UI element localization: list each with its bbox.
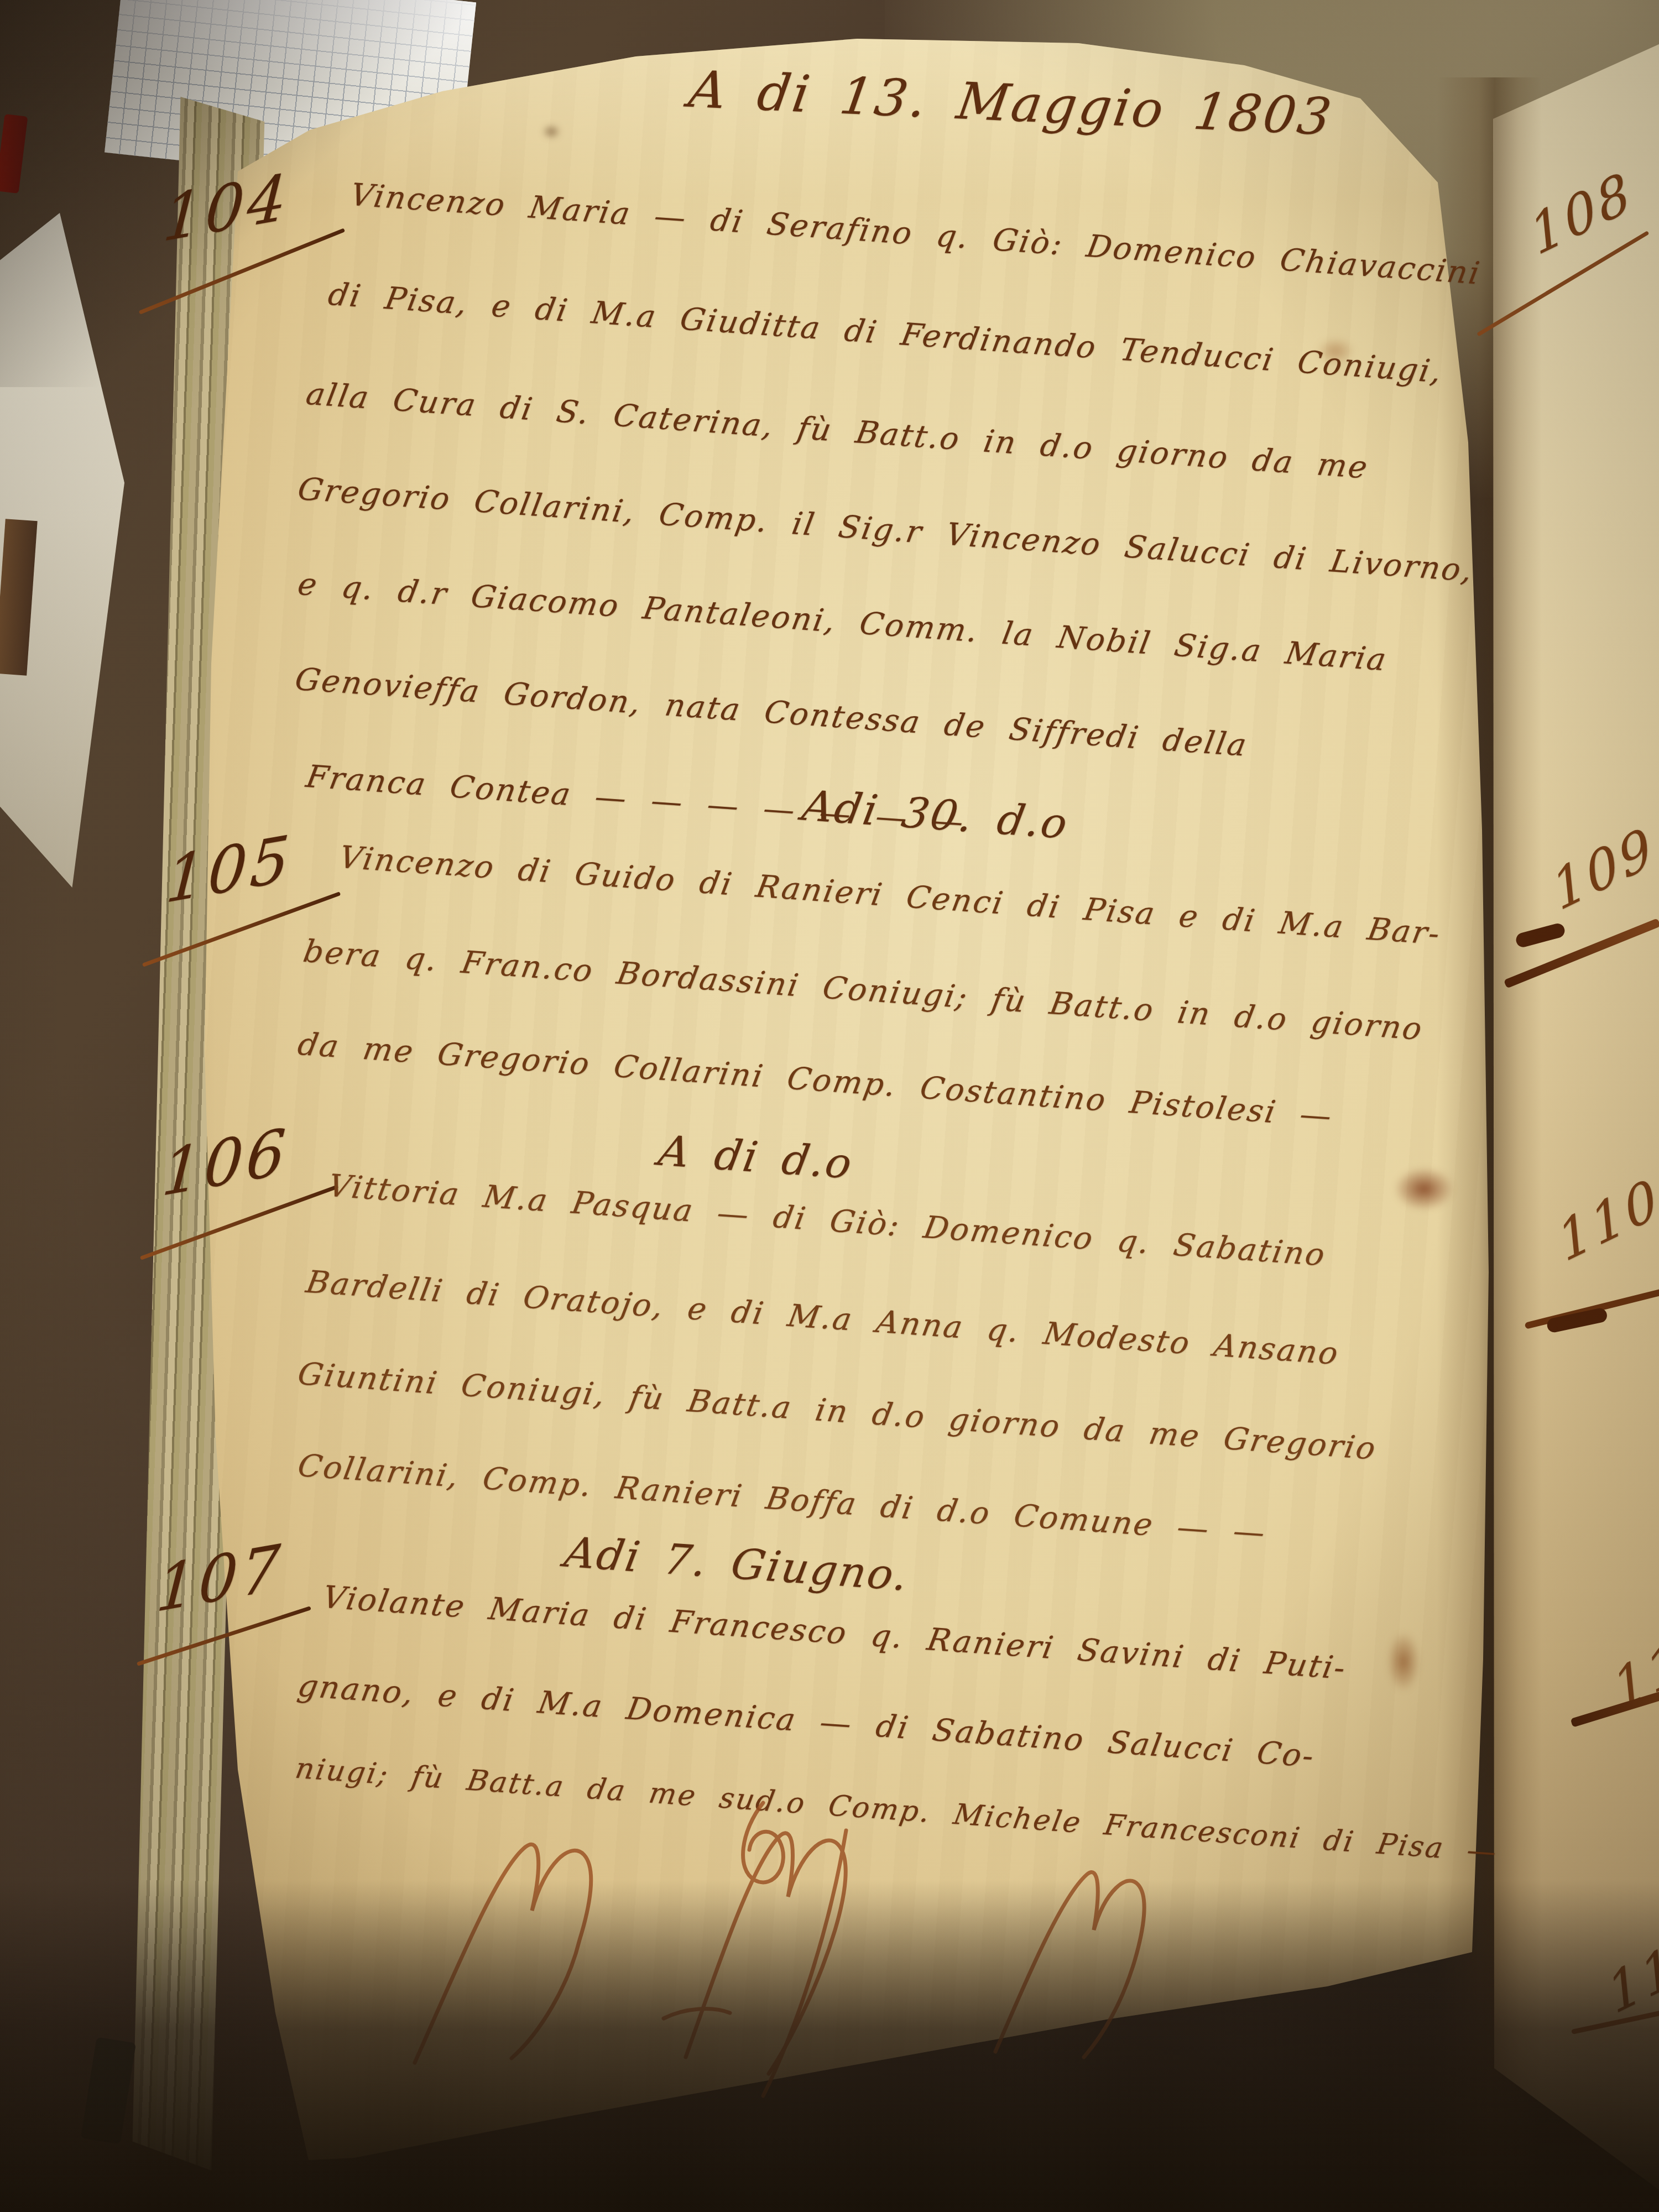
floor-shadow bbox=[0, 1880, 1659, 2212]
photograph-of-register: A di 13. Maggio 1803 104 Vincenzo Maria … bbox=[0, 0, 1659, 2212]
ink-stain bbox=[1394, 1167, 1454, 1211]
book-gutter-shadow bbox=[1437, 77, 1542, 2195]
corner-shadow bbox=[0, 0, 498, 387]
foxing-stain bbox=[542, 124, 561, 139]
ink-stain bbox=[1387, 1631, 1420, 1692]
